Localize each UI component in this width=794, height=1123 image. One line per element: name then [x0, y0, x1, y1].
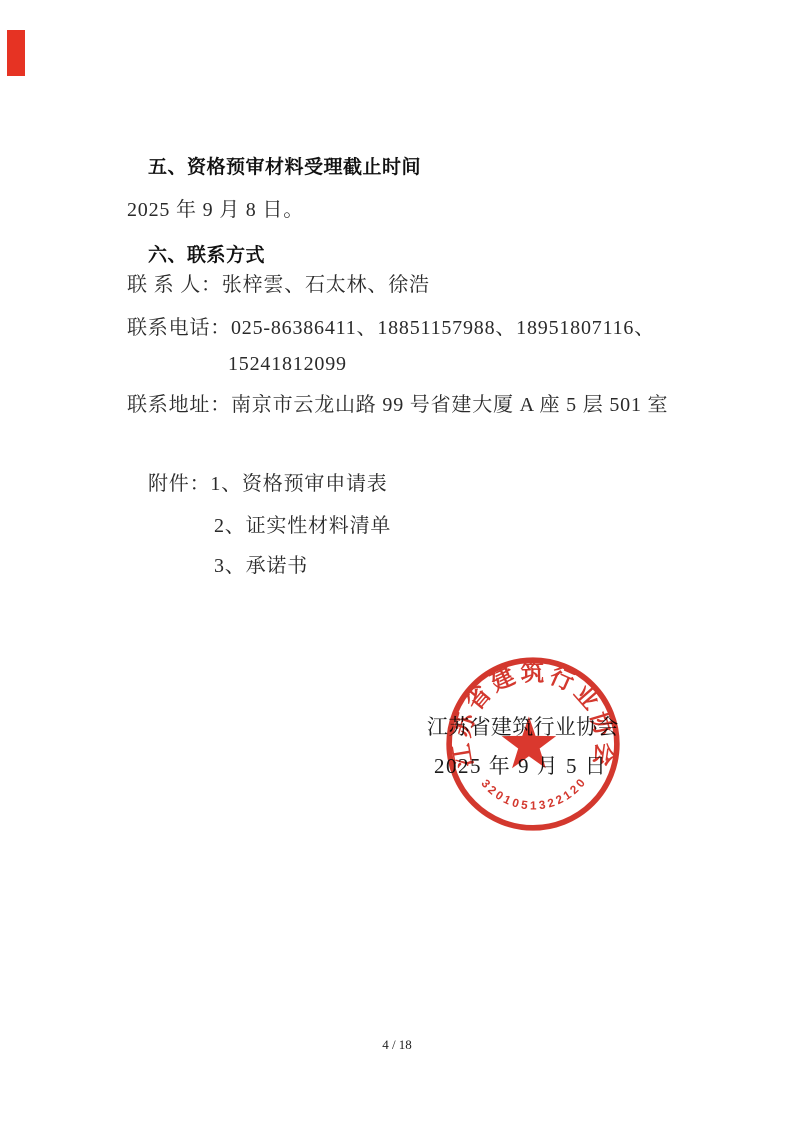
attachment-line-2: 2、证实性材料清单 [214, 509, 391, 538]
contact-address-line: 联系地址：南京市云龙山路 99 号省建大厦 A 座 5 层 501 室 [127, 388, 668, 417]
seal-code-text: 3201051322120 [478, 776, 588, 812]
svg-text:3201051322120: 3201051322120 [478, 776, 588, 812]
seal-graphic: 江苏省建筑行业协会 3201051322120 [443, 654, 623, 834]
contact-person-line: 联 系 人：张梓雲、石太林、徐浩 [127, 268, 430, 297]
official-seal: 江苏省建筑行业协会 3201051322120 [443, 654, 623, 834]
contact-phone-line-1: 联系电话：025-86386411、18851157988、1895180711… [127, 311, 655, 340]
attachment-line-1: 附件：1、资格预审申请表 [148, 467, 388, 496]
page-number-indicator: 4 / 18 [0, 1037, 794, 1053]
document-page: { "colors": { "seal_red": "#d0281e", "co… [0, 0, 794, 1123]
red-corner-marker [7, 30, 25, 76]
deadline-date-text: 2025 年 9 月 8 日。 [127, 193, 304, 222]
contact-phone-line-2: 15241812099 [228, 353, 347, 376]
section-heading-contact: 六、联系方式 [148, 240, 265, 267]
section-heading-deadline: 五、资格预审材料受理截止时间 [148, 152, 421, 179]
star-icon [502, 716, 556, 768]
attachment-line-3: 3、承诺书 [214, 549, 308, 578]
